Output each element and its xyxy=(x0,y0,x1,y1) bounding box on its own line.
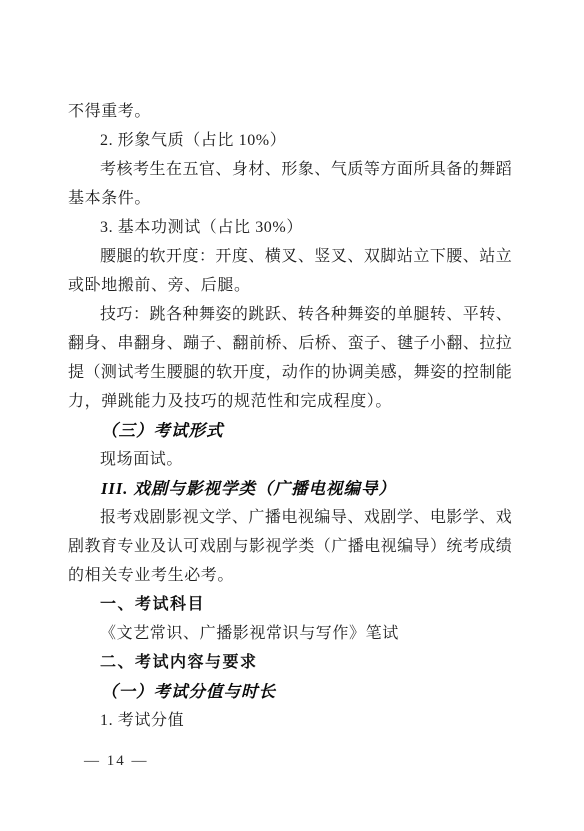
subsection-heading-exam-format: （三）考试形式 xyxy=(68,416,512,445)
list-item-1: 1. 考试分值 xyxy=(68,706,512,735)
paragraph-line: 或卧地搬前、旁、后腿。 xyxy=(68,271,512,300)
subsection-heading-score-duration: （一）考试分值与时长 xyxy=(68,677,512,706)
paragraph-line: 翻身、串翻身、蹦子、翻前桥、后桥、蛮子、毽子小翻、拉拉 xyxy=(68,329,512,358)
list-item-2: 2. 形象气质（占比 10%） xyxy=(68,126,512,155)
paragraph-line: 剧教育专业及认可戏剧与影视学类（广播电视编导）统考成绩 xyxy=(68,532,512,561)
paragraph-line: 基本条件。 xyxy=(68,184,512,213)
paragraph-line: 考核考生在五官、身材、形象、气质等方面所具备的舞蹈 xyxy=(68,155,512,184)
paragraph-line: 的相关专业考生必考。 xyxy=(68,561,512,590)
paragraph-line: 技巧：跳各种舞姿的跳跃、转各种舞姿的单腿转、平转、 xyxy=(68,300,512,329)
page-number: — 14 — xyxy=(84,753,149,770)
paragraph-line: 腰腿的软开度：开度、横叉、竖叉、双脚站立下腰、站立 xyxy=(68,242,512,271)
list-item-3: 3. 基本功测试（占比 30%） xyxy=(68,213,512,242)
section-heading-category-iii: III. 戏剧与影视学类（广播电视编导） xyxy=(68,474,512,503)
paragraph-line: 提（测试考生腰腿的软开度，动作的协调美感，舞姿的控制能 xyxy=(68,358,512,387)
document-page: 不得重考。 2. 形象气质（占比 10%） 考核考生在五官、身材、形象、气质等方… xyxy=(0,0,584,831)
heading-exam-subjects: 一、考试科目 xyxy=(68,590,512,619)
paragraph-line: 《文艺常识、广播影视常识与写作》笔试 xyxy=(68,619,512,648)
paragraph-line: 不得重考。 xyxy=(68,97,512,126)
heading-exam-content: 二、考试内容与要求 xyxy=(68,648,512,677)
paragraph-line: 力，弹跳能力及技巧的规范性和完成程度）。 xyxy=(68,387,512,416)
paragraph-line: 现场面试。 xyxy=(68,445,512,474)
document-body: 不得重考。 2. 形象气质（占比 10%） 考核考生在五官、身材、形象、气质等方… xyxy=(68,97,512,735)
paragraph-line: 报考戏剧影视文学、广播电视编导、戏剧学、电影学、戏 xyxy=(68,503,512,532)
